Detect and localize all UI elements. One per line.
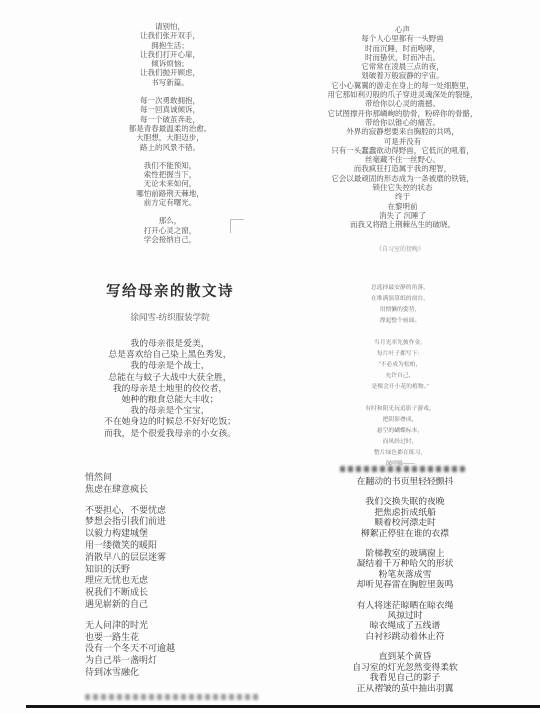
poem-line: 不在她身边的时候总不好好吃饭； xyxy=(40,416,300,427)
poem-line: 正从褶皱的茧中抽出羽翼 xyxy=(280,683,530,693)
poem-line: 让我们抛开顾虑， xyxy=(40,68,300,77)
mother-poem-body: 我的母亲很是爱美，总是喜欢给自己染上黑色秀发，我的母亲是个战士，总能在与蚊子大战… xyxy=(40,338,300,439)
poem-line xyxy=(85,611,295,620)
poem-line: 以毅力构建城堡 xyxy=(85,528,295,540)
poem-line: 前方定有曙光。 xyxy=(40,198,300,207)
poem-line: 每个人心里都有一头野兽 xyxy=(280,34,525,43)
poem-line: 大胆想，大胆迈步， xyxy=(40,133,300,142)
poem-line: 我们交换失眠的夜晚 xyxy=(280,496,530,506)
poem-line: 外界的寂静想要来自胸腔的共鸣， xyxy=(280,127,525,136)
study-room-caption: 《自习室的傍晚》 xyxy=(300,244,500,253)
poem-line: 拥抱生活； xyxy=(40,41,300,50)
poem-line: 我的母亲是土地里的佼佼者， xyxy=(40,383,300,394)
poem-line: 我的母亲是个宝宝， xyxy=(40,405,300,416)
heart-poem-title: 心声 xyxy=(280,25,525,34)
poem-line: 哪怕前路荆天棘地， xyxy=(40,189,300,198)
poem-line: 整片绿色都在练习， xyxy=(300,448,500,459)
poem-line: 为自己举一盏明灯 xyxy=(85,655,295,667)
poem-line: 我的母亲很是爱美， xyxy=(40,338,300,349)
poem-line: 她种的粮食总能大丰收； xyxy=(40,394,300,405)
poem-line: 而我，是个很爱我母亲的小女孩。 xyxy=(40,428,300,439)
poem-line: 焦虑在肆意疯长 xyxy=(85,484,295,496)
poem-line: 无人问津的时光 xyxy=(85,620,295,632)
clipped-text-artifact xyxy=(85,694,260,700)
poem-line: 有人将迷茫晾晒在晾衣绳 xyxy=(280,600,530,610)
poem-line: 当月光率先披作金， xyxy=(300,338,500,349)
poem-line: 悄然间 xyxy=(85,472,295,484)
page-bottom-edge xyxy=(26,705,540,708)
mother-poem-author: 徐闻雪-纺织服装学院 xyxy=(40,311,300,323)
poem-line: 总是喜欢给自己染上黑色秀发， xyxy=(40,349,300,360)
poem-line: 那么， xyxy=(40,216,300,225)
poem-line: 在翻动的书页里轻轻颤抖 xyxy=(280,476,530,486)
poem-line: 有时和阳光玩追影子游戏， xyxy=(300,404,500,415)
poem-line: 让我们打开心扉， xyxy=(40,50,300,59)
poem-line xyxy=(40,207,300,216)
poem-line: 无论未来如何， xyxy=(40,179,300,188)
cocoon-poem: 在翻动的书页里轻轻颤抖我们交换失眠的夜晚把焦虑折成纸船顺着校河漂走时柳絮正停驻在… xyxy=(280,476,530,693)
poem-line: 而我疯狂打造属于我的理智， xyxy=(280,164,525,173)
poem-line: 都是青春最温柔的治愈。 xyxy=(40,124,300,133)
poem-line: 终于 xyxy=(280,192,525,201)
poem-line: 总能在与蚊子大战中大获全胜， xyxy=(40,372,300,383)
poem-line xyxy=(280,590,530,600)
poem-line: 划破着万般寂静的宇宙。 xyxy=(280,71,525,80)
mother-poem-title: 写给母亲的散文诗 xyxy=(40,280,300,301)
poem-line: 它会以最顽固的形态成为一条被磨的铁链， xyxy=(280,174,525,183)
poem-line xyxy=(40,87,300,96)
poem-line: 消散早八的层层迷雾 xyxy=(85,552,295,564)
poem-line: 带给你以心灵的震撼。 xyxy=(280,99,525,108)
poem-line: 悬空的蝴蝶标本， xyxy=(300,426,500,437)
crease-smudge-artifact xyxy=(340,466,465,472)
poem-line: 每片叶子都写下： xyxy=(300,349,500,360)
poem-line: “不必成为松柏， xyxy=(300,360,500,371)
heart-beast-poem: 心声 每个人心里都有一头野兽时而沉睡，时而咆哮，时而蛰伏，时而冲击。它常常在凌晨… xyxy=(280,25,525,230)
poem-line xyxy=(300,393,500,404)
poem-line: 路上的风景不错。 xyxy=(40,143,300,152)
poem-line: 我们不能预知， xyxy=(40,161,300,170)
poem-line: 总选择最安静的角落， xyxy=(300,283,500,294)
poem-line: 它小心翼翼的游走在身上的每一处细胞里， xyxy=(280,81,525,90)
poem-line: 知识的沃野 xyxy=(85,564,295,576)
poem-line: 白衬衫跳动着休止符 xyxy=(280,631,530,641)
poem-line: 在黎明前 xyxy=(280,202,525,211)
poem-line: 在堆满演算纸的窗台， xyxy=(300,294,500,305)
poem-line: 可是并没有 xyxy=(280,137,525,146)
poem-line: 用一缕微笑的暖阳 xyxy=(85,540,295,552)
poem-line: 自习室的灯光忽然变得柔软 xyxy=(280,662,530,672)
poem-line: 它试图撑开你那嶙峋的肋骨，粉碎你的骨骼， xyxy=(280,109,525,118)
poem-line: 待到冰雪融化 xyxy=(85,667,295,679)
poem-line: 每一次勇敢拥抱， xyxy=(40,96,300,105)
page-corner-mark xyxy=(230,219,244,233)
poem-line: 顺着校河漂走时 xyxy=(280,517,530,527)
poem-line: 没有一个冬天不可逾越 xyxy=(85,643,295,655)
poem-line: 是棵会开小花的植物。” xyxy=(300,382,500,393)
poem-line: 也要一路生花 xyxy=(85,632,295,644)
poem-line: 不要担心，不要忧虑 xyxy=(85,505,295,517)
opening-poem: 请别怕，让我们张开双手，拥抱生活；让我们打开心扉，倾诉烦恼；让我们抛开顾虑，书写… xyxy=(40,22,300,244)
poem-line: 让我们张开双手， xyxy=(40,31,300,40)
poem-line: 粉笔灰落成雪 xyxy=(280,569,530,579)
poem-line: 用惯懒的姿势， xyxy=(300,305,500,316)
poem-line: 直到某个黄昏 xyxy=(280,651,530,661)
poem-line: 消失了 沉睡了 xyxy=(280,211,525,220)
poem-line xyxy=(40,152,300,161)
heart-poem-body: 每个人心里都有一头野兽时而沉睡，时而咆哮，时而蛰伏，时而冲击。它常常在凌晨三点的… xyxy=(280,34,525,229)
poem-line: 用它那如利刃般的爪子穿进灵魂深处的裂缝， xyxy=(280,90,525,99)
mother-prose-poem: 写给母亲的散文诗 徐闻雪-纺织服装学院 我的母亲很是爱美，总是喜欢给自己染上黑色… xyxy=(40,280,300,439)
poem-line: 我看见自己的影子 xyxy=(280,672,530,682)
poem-line: 风掠过时 xyxy=(280,610,530,620)
poem-line xyxy=(85,496,295,505)
poem-line: 我的母亲是个战士， xyxy=(40,360,300,371)
poem-line: 却听见春雷在胸腔里轰鸣 xyxy=(280,579,530,589)
poem-line: 每一个破茧奔赴， xyxy=(40,115,300,124)
poem-line: 书写新篇。 xyxy=(40,78,300,87)
scanned-poetry-page: 请别怕，让我们张开双手，拥抱生活；让我们打开心扉，倾诉烦恼；让我们抛开顾虑，书写… xyxy=(0,0,540,713)
poem-line: 锁住它失控的状态 xyxy=(280,183,525,192)
poem-line: 祝我们不断成长 xyxy=(85,587,295,599)
poem-line: 而风经过时， xyxy=(300,437,500,448)
poem-line: 梦想会指引我们前进 xyxy=(85,516,295,528)
poem-line: 打开心灵之窗， xyxy=(40,226,300,235)
poem-line xyxy=(280,641,530,651)
poem-line: 带给你以锥心的痛苦。 xyxy=(280,118,525,127)
poem-line: 阶梯教室的玻璃窗上 xyxy=(280,548,530,558)
poem-line: 时而蛰伏，时而冲击。 xyxy=(280,53,525,62)
poem-line: 把焦虑折成纸船 xyxy=(280,507,530,517)
poem-line: 每一回真诚倾诉， xyxy=(40,105,300,114)
poem-line: 理应无忧也无虑 xyxy=(85,575,295,587)
poem-line: 遇见崭新的自己 xyxy=(85,599,295,611)
poem-line: 只有一头蠢蠢欲动得野兽，它低沉的吼着， xyxy=(280,146,525,155)
poem-line: 而我又将踏上荆棘丛生的破晓。 xyxy=(280,220,525,229)
study-room-poem: 总选择最安静的角落，在堆满演算纸的窗台，用惯懒的姿势，撑起整个画面。当月光率先披… xyxy=(300,283,500,470)
poem-line xyxy=(280,538,530,548)
poem-line: 柳絮正停驻在谁的衣襟 xyxy=(280,528,530,538)
poem-line: 晾衣绳成了五线谱 xyxy=(280,620,530,630)
poem-line: 撑起整个画面。 xyxy=(300,316,500,327)
poem-line: 允许自己， xyxy=(300,371,500,382)
poem-line xyxy=(280,486,530,496)
growth-poem: 悄然间焦虑在肆意疯长不要担心，不要忧虑梦想会指引我们前进以毅力构建城堡用一缕微笑… xyxy=(85,472,295,679)
poem-line: 把阴影叠成， xyxy=(300,415,500,426)
poem-line: 时而沉睡，时而咆哮， xyxy=(280,44,525,53)
poem-line: 学会接纳自己， xyxy=(40,235,300,244)
poem-line: 请别怕， xyxy=(40,22,300,31)
poem-line: 凝结着千万种哈欠的形状 xyxy=(280,558,530,568)
poem-line xyxy=(300,327,500,338)
